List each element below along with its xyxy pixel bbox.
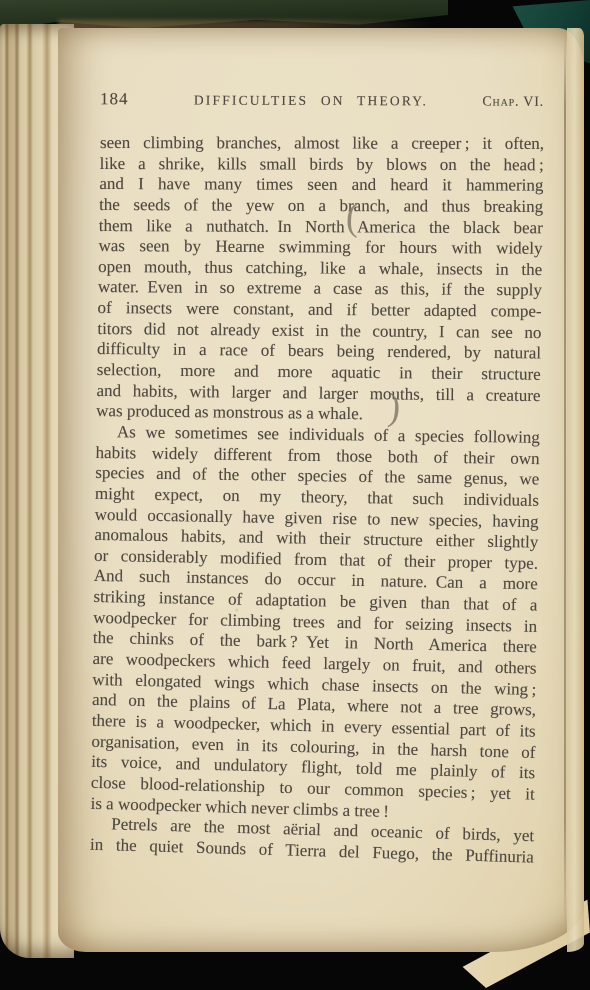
page-header: 184 DIFFICULTIES ON THEORY. Chap. VI.	[100, 89, 544, 111]
book-page: 184 DIFFICULTIES ON THEORY. Chap. VI. se…	[58, 28, 584, 952]
text-block: seen climbing branches, almost like a cr…	[100, 133, 544, 855]
text-line: the seeds of the yew on a branch, and th…	[99, 195, 543, 218]
text-line: like a shrike, kills small birds by blow…	[100, 154, 544, 176]
chapter-label: Chap. VI.	[458, 94, 544, 110]
pencil-open-paren-annotation: (	[345, 195, 359, 241]
text-line: them like a nuthatch. In North America t…	[99, 216, 543, 239]
page-fore-edge	[567, 28, 584, 952]
text-line: and I have many times seen and heard it …	[99, 174, 543, 196]
page-crease	[564, 34, 566, 930]
paragraph: As we sometimes see individuals of a spe…	[100, 422, 544, 814]
text-line: was seen by Hearne swimming for hours wi…	[98, 236, 542, 259]
paragraph: seen climbing branches, almost like a cr…	[100, 133, 544, 422]
running-title: DIFFICULTIES ON THEORY.	[164, 92, 458, 109]
text-line: seen climbing branches, almost like a cr…	[100, 133, 544, 155]
page-number: 184	[100, 89, 164, 109]
